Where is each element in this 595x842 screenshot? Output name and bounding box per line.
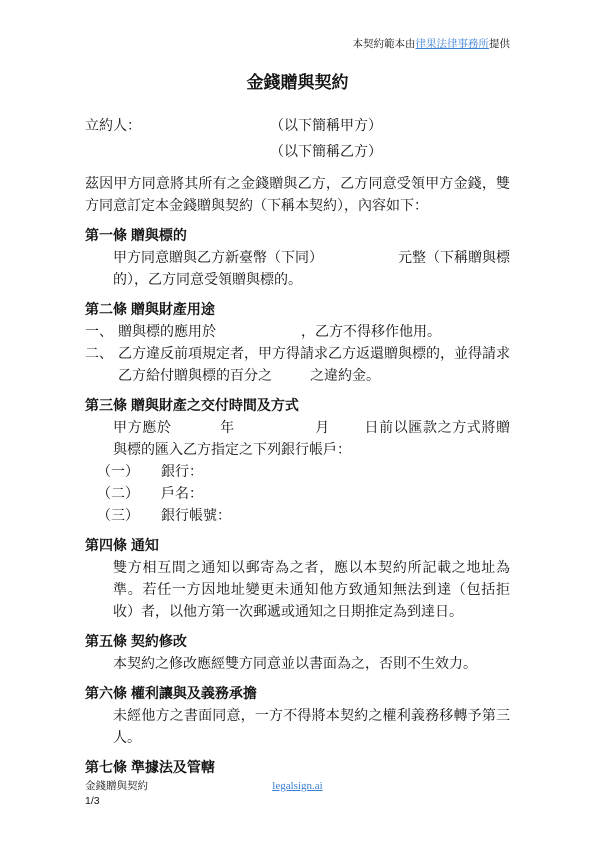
footer-left-block: 金錢贈與契約 1/3 bbox=[85, 779, 148, 809]
article-3-t3: 月 bbox=[315, 419, 330, 435]
bank-row-3-label: 銀行帳號： bbox=[161, 507, 231, 523]
bank-row-1-label: 銀行： bbox=[161, 463, 203, 479]
bank-row-2: （二）戶名： bbox=[85, 482, 510, 504]
article-2: 第二條 贈與財產用途 一、 贈與標的應用於，乙方不得移作他用。 二、 乙方違反前… bbox=[85, 298, 510, 386]
preamble-paragraph: 茲因甲方同意將其所有之金錢贈與乙方，乙方同意受領甲方金錢，雙方同意訂定本金錢贈與… bbox=[85, 172, 510, 216]
article-4-body: 雙方相互間之通知以郵寄為之者，應以本契約所記載之地址為準。若任一方因地址變更未通… bbox=[85, 556, 510, 622]
bank-row-1: （一）銀行： bbox=[85, 460, 510, 482]
party-a-row: 立約人：（以下簡稱甲方） bbox=[85, 112, 510, 138]
bank-row-2-number: （二） bbox=[97, 482, 139, 504]
bank-row-2-label: 戶名： bbox=[161, 485, 203, 501]
item-2-text-after: 之違約金。 bbox=[310, 367, 380, 383]
article-3-t1: 甲方應於 bbox=[113, 419, 171, 435]
article-4-heading: 第四條 通知 bbox=[85, 534, 510, 556]
item-1-number: 一、 bbox=[85, 320, 118, 342]
party-b-row: （以下簡稱乙方） bbox=[85, 138, 510, 164]
blank-year-field bbox=[171, 431, 219, 432]
article-6: 第六條 權利讓與及義務承擔 未經他方之書面同意，一方不得將本契約之權利義務移轉予… bbox=[85, 682, 510, 748]
article-3-heading: 第三條 贈與財產之交付時間及方式 bbox=[85, 394, 510, 416]
item-1-text-after: ，乙方不得移作他用。 bbox=[301, 323, 441, 339]
article-7-heading: 第七條 準據法及管轄 bbox=[85, 756, 510, 778]
header-provider-note: 本契約範本由律果法律事務所提供 bbox=[85, 38, 510, 51]
article-5-body: 本契約之修改應經雙方同意並以書面為之，否則不生效力。 bbox=[85, 652, 510, 674]
item-2-number: 二、 bbox=[85, 342, 118, 386]
article-3: 第三條 贈與財產之交付時間及方式 甲方應於年月日前以匯款之方式將贈與標的匯入乙方… bbox=[85, 394, 510, 526]
article-2-item-1: 一、 贈與標的應用於，乙方不得移作他用。 bbox=[85, 320, 510, 342]
parties-block: 立約人：（以下簡稱甲方） （以下簡稱乙方） bbox=[85, 112, 510, 164]
blank-amount-field bbox=[323, 261, 398, 262]
party-a-alias: （以下簡稱甲方） bbox=[270, 117, 382, 133]
blank-penalty-percent-field bbox=[272, 379, 310, 380]
party-b-alias: （以下簡稱乙方） bbox=[270, 143, 382, 159]
article-1-heading: 第一條 贈與標的 bbox=[85, 224, 510, 246]
parties-label: 立約人： bbox=[85, 112, 270, 138]
article-1-body: 甲方同意贈與乙方新臺幣（下同）元整（下稱贈與標的），乙方同意受領贈與標的。 bbox=[85, 246, 510, 290]
footer-page-number: 1/3 bbox=[85, 794, 148, 809]
legalsign-link[interactable]: legalsign.ai bbox=[272, 780, 322, 792]
article-5: 第五條 契約修改 本契約之修改應經雙方同意並以書面為之，否則不生效力。 bbox=[85, 630, 510, 674]
blank-usage-field bbox=[216, 335, 301, 336]
bank-row-1-number: （一） bbox=[97, 460, 139, 482]
article-7: 第七條 準據法及管轄 bbox=[85, 756, 510, 778]
item-1-text: 贈與標的應用於，乙方不得移作他用。 bbox=[118, 320, 510, 342]
header-prefix: 本契約範本由 bbox=[353, 38, 416, 50]
footer-doc-title: 金錢贈與契約 bbox=[85, 779, 148, 794]
bank-row-3: （三）銀行帳號： bbox=[85, 504, 510, 526]
article-3-t4: 日前以匯款之方式將贈與標的匯入乙方指定之下列銀行帳戶： bbox=[113, 419, 510, 457]
item-1-text-before: 贈與標的應用於 bbox=[118, 323, 216, 339]
document-page: 本契約範本由律果法律事務所提供 金錢贈與契約 立約人：（以下簡稱甲方） （以下簡… bbox=[0, 0, 595, 842]
header-suffix: 提供 bbox=[489, 38, 510, 50]
article-2-item-2: 二、 乙方違反前項規定者，甲方得請求乙方返還贈與標的，並得請求乙方給付贈與標的百… bbox=[85, 342, 510, 386]
law-firm-link[interactable]: 律果法律事務所 bbox=[416, 38, 490, 50]
article-2-heading: 第二條 贈與財產用途 bbox=[85, 298, 510, 320]
article-4: 第四條 通知 雙方相互間之通知以郵寄為之者，應以本契約所記載之地址為準。若任一方… bbox=[85, 534, 510, 622]
bank-row-3-number: （三） bbox=[97, 504, 139, 526]
article-5-heading: 第五條 契約修改 bbox=[85, 630, 510, 652]
page-title: 金錢贈與契約 bbox=[85, 71, 510, 95]
item-2-text: 乙方違反前項規定者，甲方得請求乙方返還贈與標的，並得請求乙方給付贈與標的百分之之… bbox=[118, 342, 510, 386]
blank-day-field bbox=[330, 431, 364, 432]
article-1-text-before: 甲方同意贈與乙方新臺幣（下同） bbox=[113, 249, 323, 265]
article-3-t2: 年 bbox=[219, 419, 234, 435]
article-6-body: 未經他方之書面同意，一方不得將本契約之權利義務移轉予第三人。 bbox=[85, 704, 510, 748]
article-6-heading: 第六條 權利讓與及義務承擔 bbox=[85, 682, 510, 704]
blank-month-field bbox=[235, 431, 315, 432]
article-1: 第一條 贈與標的 甲方同意贈與乙方新臺幣（下同）元整（下稱贈與標的），乙方同意受… bbox=[85, 224, 510, 290]
article-3-body: 甲方應於年月日前以匯款之方式將贈與標的匯入乙方指定之下列銀行帳戶： bbox=[85, 416, 510, 460]
